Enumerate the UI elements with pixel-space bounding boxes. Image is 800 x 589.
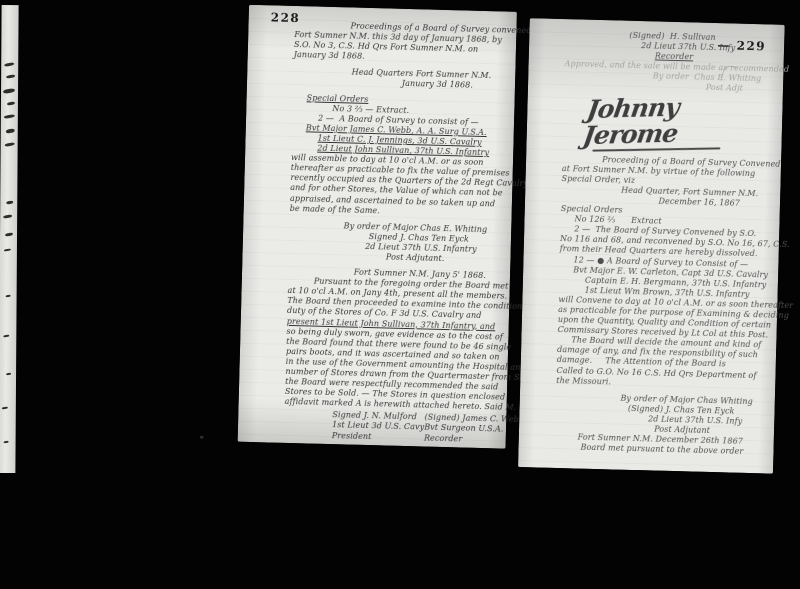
- flourish-signature: Johnny Jerome: [581, 92, 759, 149]
- edge-scribble: [3, 335, 9, 338]
- edge-scribble: [5, 232, 13, 236]
- signature-column-left: Signed J. N. Mulford1st Lieut 3d U.S. Ca…: [332, 410, 425, 443]
- edge-scribble: [3, 88, 15, 94]
- edge-scribble: [3, 441, 8, 444]
- edge-scribble: [3, 214, 12, 218]
- edge-scribble: [7, 101, 15, 105]
- right-page-handwriting: (Signed) H. Sullivan2d Lieut 37th U.S. I…: [518, 18, 785, 474]
- signature-line: Recorder: [424, 433, 524, 446]
- edge-scribble: [5, 295, 10, 298]
- edge-scribble: [5, 128, 15, 133]
- edge-scribble: [6, 373, 11, 376]
- right-page-scan: — 229 (Signed) H. Sullivan2d Lieut 37th …: [518, 18, 785, 474]
- left-page-handwriting: Proceedings of a Board of Survey convene…: [238, 5, 517, 449]
- left-page-signature-row: Signed J. N. Mulford1st Lieut 3d U.S. Ca…: [284, 407, 497, 445]
- edge-scribble: [6, 200, 13, 204]
- edge-scribble: [6, 74, 15, 78]
- film-speck: [200, 436, 204, 439]
- signature-column-right: (Signed) James C. WebbBvt Surgeon U.S.A.…: [424, 413, 524, 446]
- right-page-body-lines: Proceeding of a Board of Survey Convened…: [554, 154, 773, 458]
- left-page-scan: 228 Proceedings of a Board of Survey con…: [238, 5, 517, 449]
- ledger-spread: 228 Proceedings of a Board of Survey con…: [237, 1, 800, 477]
- edge-scribble: [4, 62, 14, 67]
- left-page-lines: Proceedings of a Board of Survey convene…: [285, 20, 507, 413]
- edge-scribble: [4, 114, 15, 119]
- edge-scribble: [4, 248, 11, 251]
- microfilm-scan: 228 Proceedings of a Board of Survey con…: [0, 0, 800, 589]
- right-page-top-lines: (Signed) H. Sullivan2d Lieut 37th U.S. I…: [564, 29, 777, 95]
- edge-scribble: [4, 142, 14, 147]
- edge-scribble: [2, 406, 8, 409]
- adjacent-page-edge: [0, 5, 19, 473]
